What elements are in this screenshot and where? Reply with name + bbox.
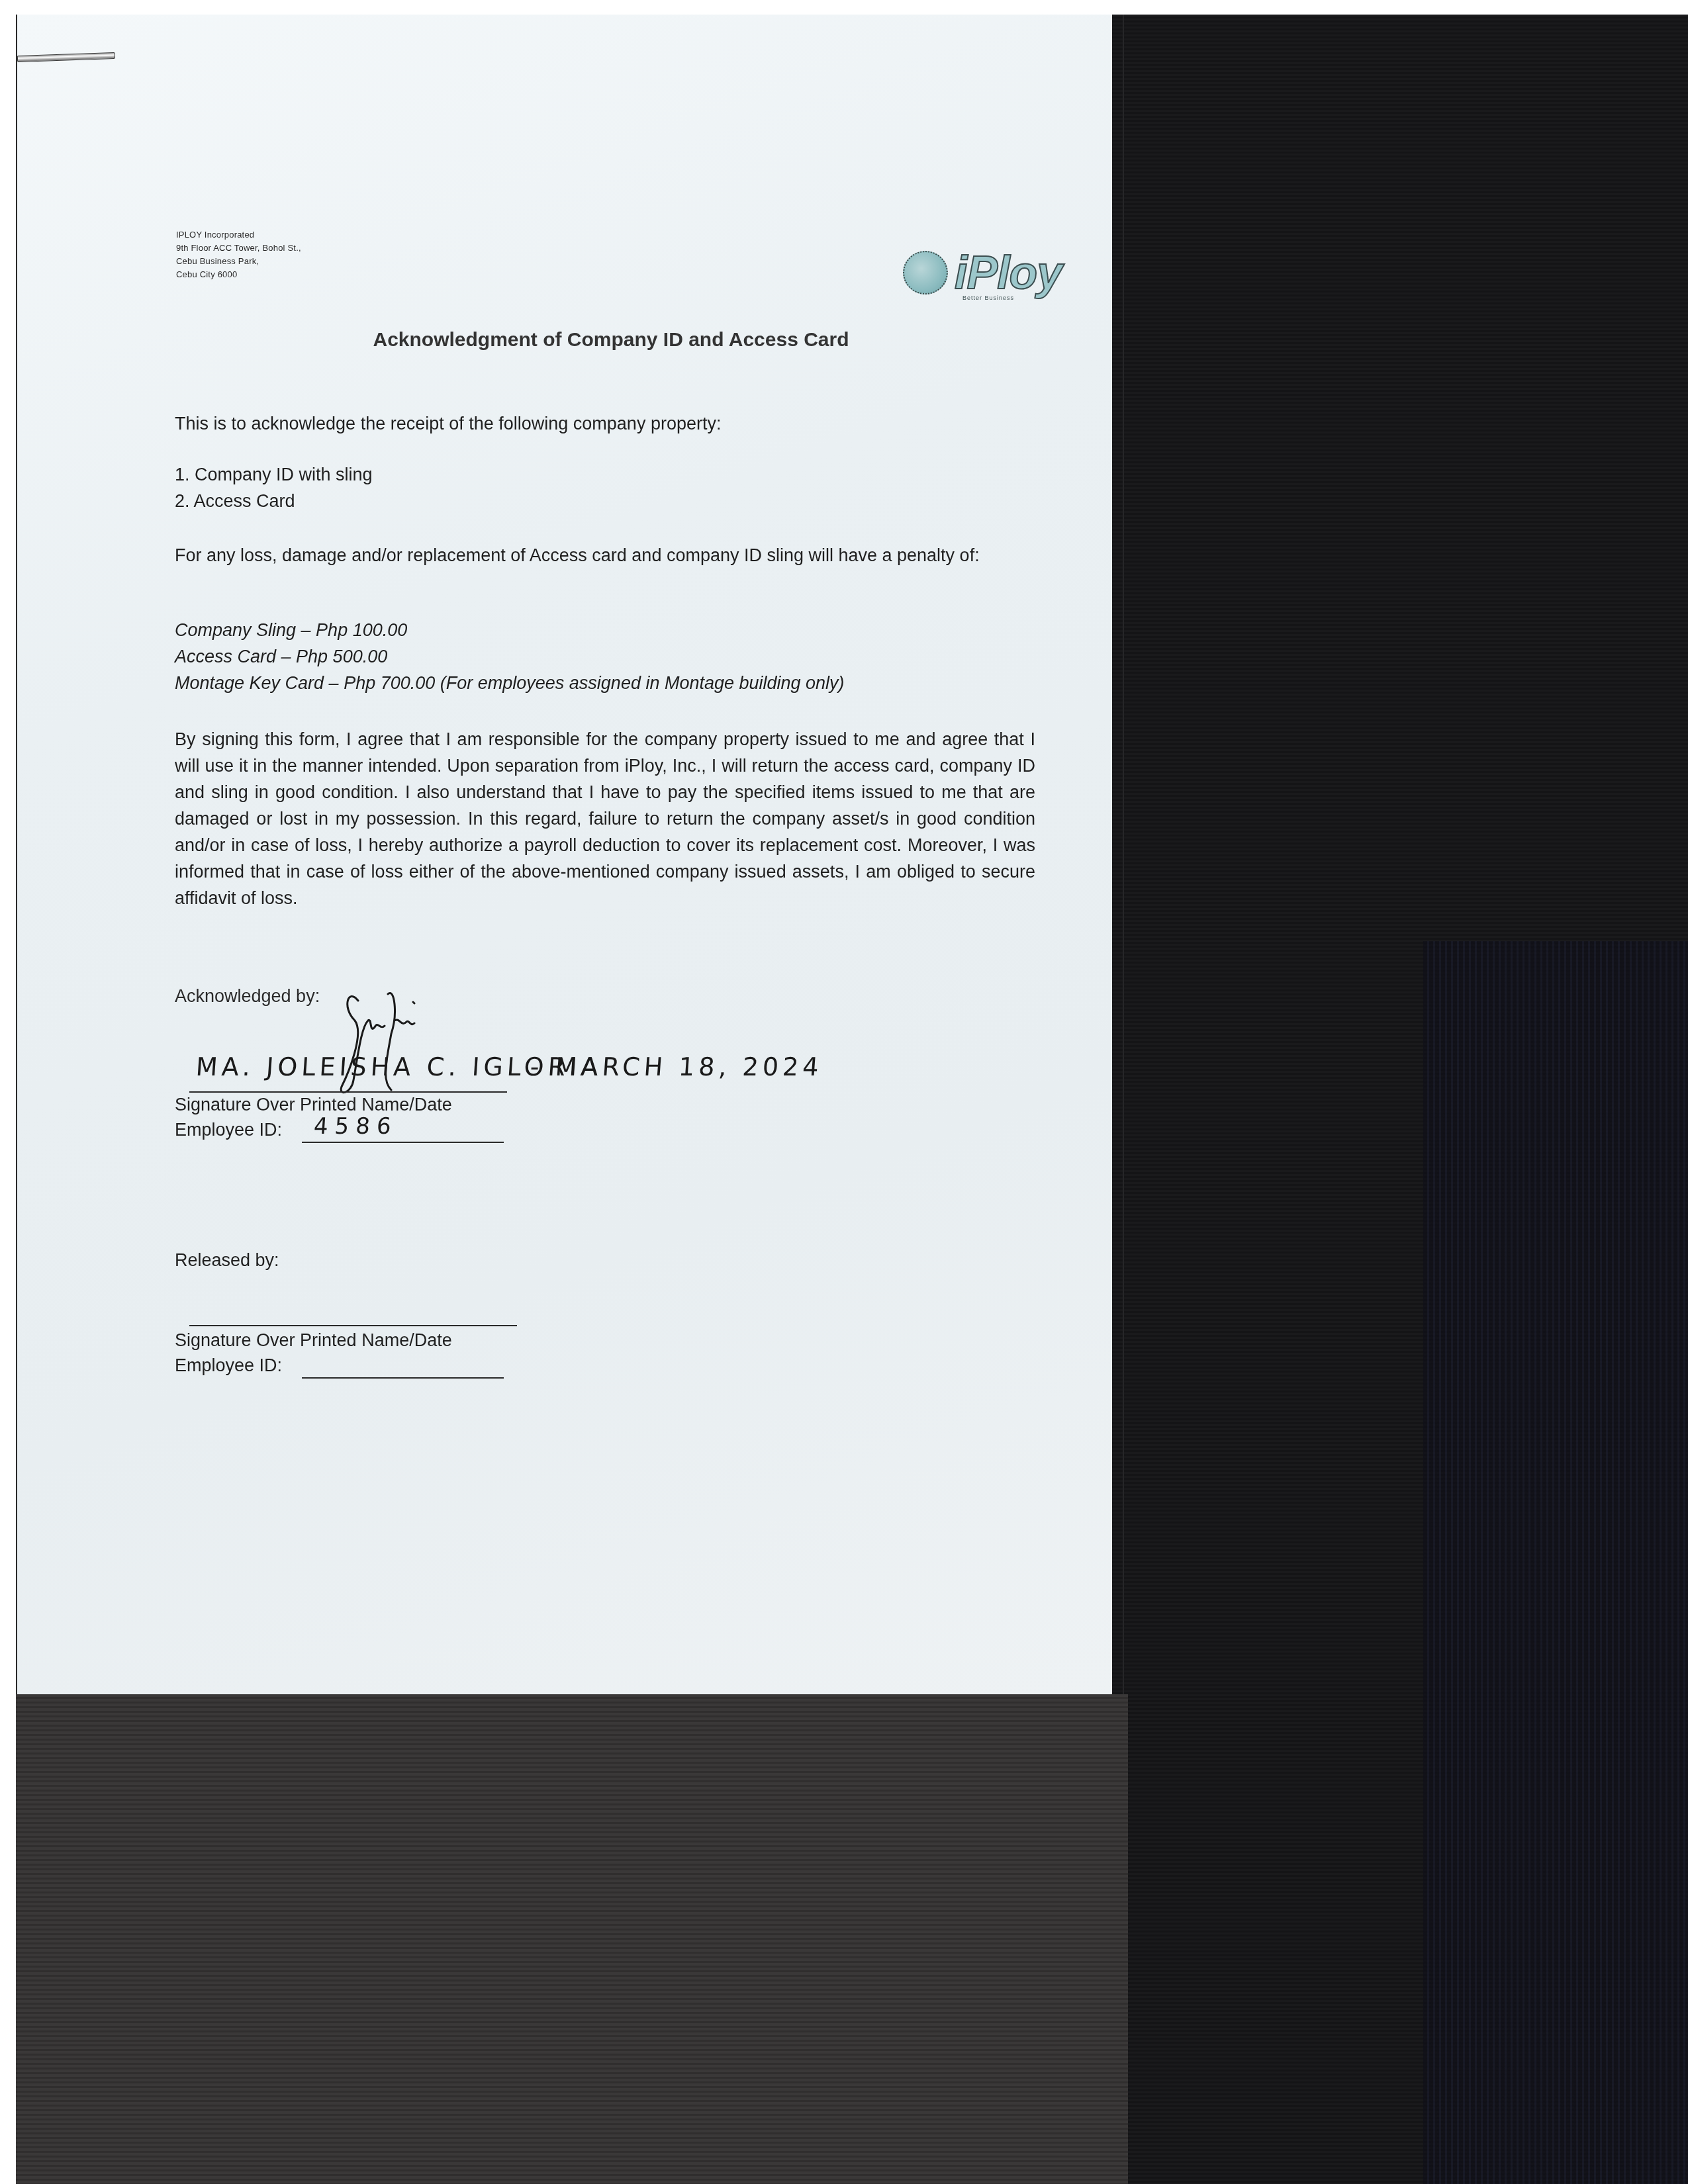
employee-id-line xyxy=(302,1377,504,1379)
signature-line xyxy=(189,1091,507,1093)
penalty-intro: For any loss, damage and/or replacement … xyxy=(175,542,1029,569)
employee-id-label: Employee ID: xyxy=(175,1120,282,1140)
acknowledged-by-label: Acknowledged by: xyxy=(175,986,320,1007)
scanner-background-bottom xyxy=(16,1694,1128,2184)
document-page: IPLOY Incorporated 9th Floor ACC Tower, … xyxy=(16,15,1112,1694)
company-name: IPLOY Incorporated xyxy=(176,228,301,242)
document-title: Acknowledgment of Company ID and Access … xyxy=(17,329,1112,351)
address-line-2: Cebu Business Park, xyxy=(176,255,301,268)
handwritten-date: - MARCH 18, 2024 xyxy=(529,1052,823,1081)
property-item: 2. Access Card xyxy=(175,488,373,514)
logo-text: iPloy xyxy=(955,250,1062,296)
property-list: 1. Company ID with sling 2. Access Card xyxy=(175,461,373,514)
employee-id-label: Employee ID: xyxy=(175,1355,282,1376)
company-logo: iPloy Better Business xyxy=(903,243,1075,302)
address-line-3: Cebu City 6000 xyxy=(176,268,301,281)
address-line-1: 9th Floor ACC Tower, Bohol St., xyxy=(176,242,301,255)
penalty-item: Access Card – Php 500.00 xyxy=(175,643,845,670)
penalty-list: Company Sling – Php 100.00 Access Card –… xyxy=(175,617,845,696)
signature-line xyxy=(189,1325,517,1326)
penalty-item: Montage Key Card – Php 700.00 (For emplo… xyxy=(175,670,845,696)
penalty-item: Company Sling – Php 100.00 xyxy=(175,617,845,643)
scanner-background-right xyxy=(1109,15,1688,2184)
employee-id-value: 4586 xyxy=(313,1113,399,1140)
staple xyxy=(17,52,115,62)
property-item: 1. Company ID with sling xyxy=(175,461,373,488)
signature-caption: Signature Over Printed Name/Date xyxy=(175,1330,452,1351)
intro-text: This is to acknowledge the receipt of th… xyxy=(175,410,721,437)
logo-tagline: Better Business xyxy=(962,295,1014,301)
signature-caption: Signature Over Printed Name/Date xyxy=(175,1095,452,1115)
company-address: IPLOY Incorporated 9th Floor ACC Tower, … xyxy=(176,228,301,281)
agreement-paragraph: By signing this form, I agree that I am … xyxy=(175,726,1035,911)
globe-icon xyxy=(903,251,948,295)
signature xyxy=(328,981,434,1100)
released-by-label: Released by: xyxy=(175,1250,279,1271)
employee-id-line xyxy=(302,1142,504,1143)
